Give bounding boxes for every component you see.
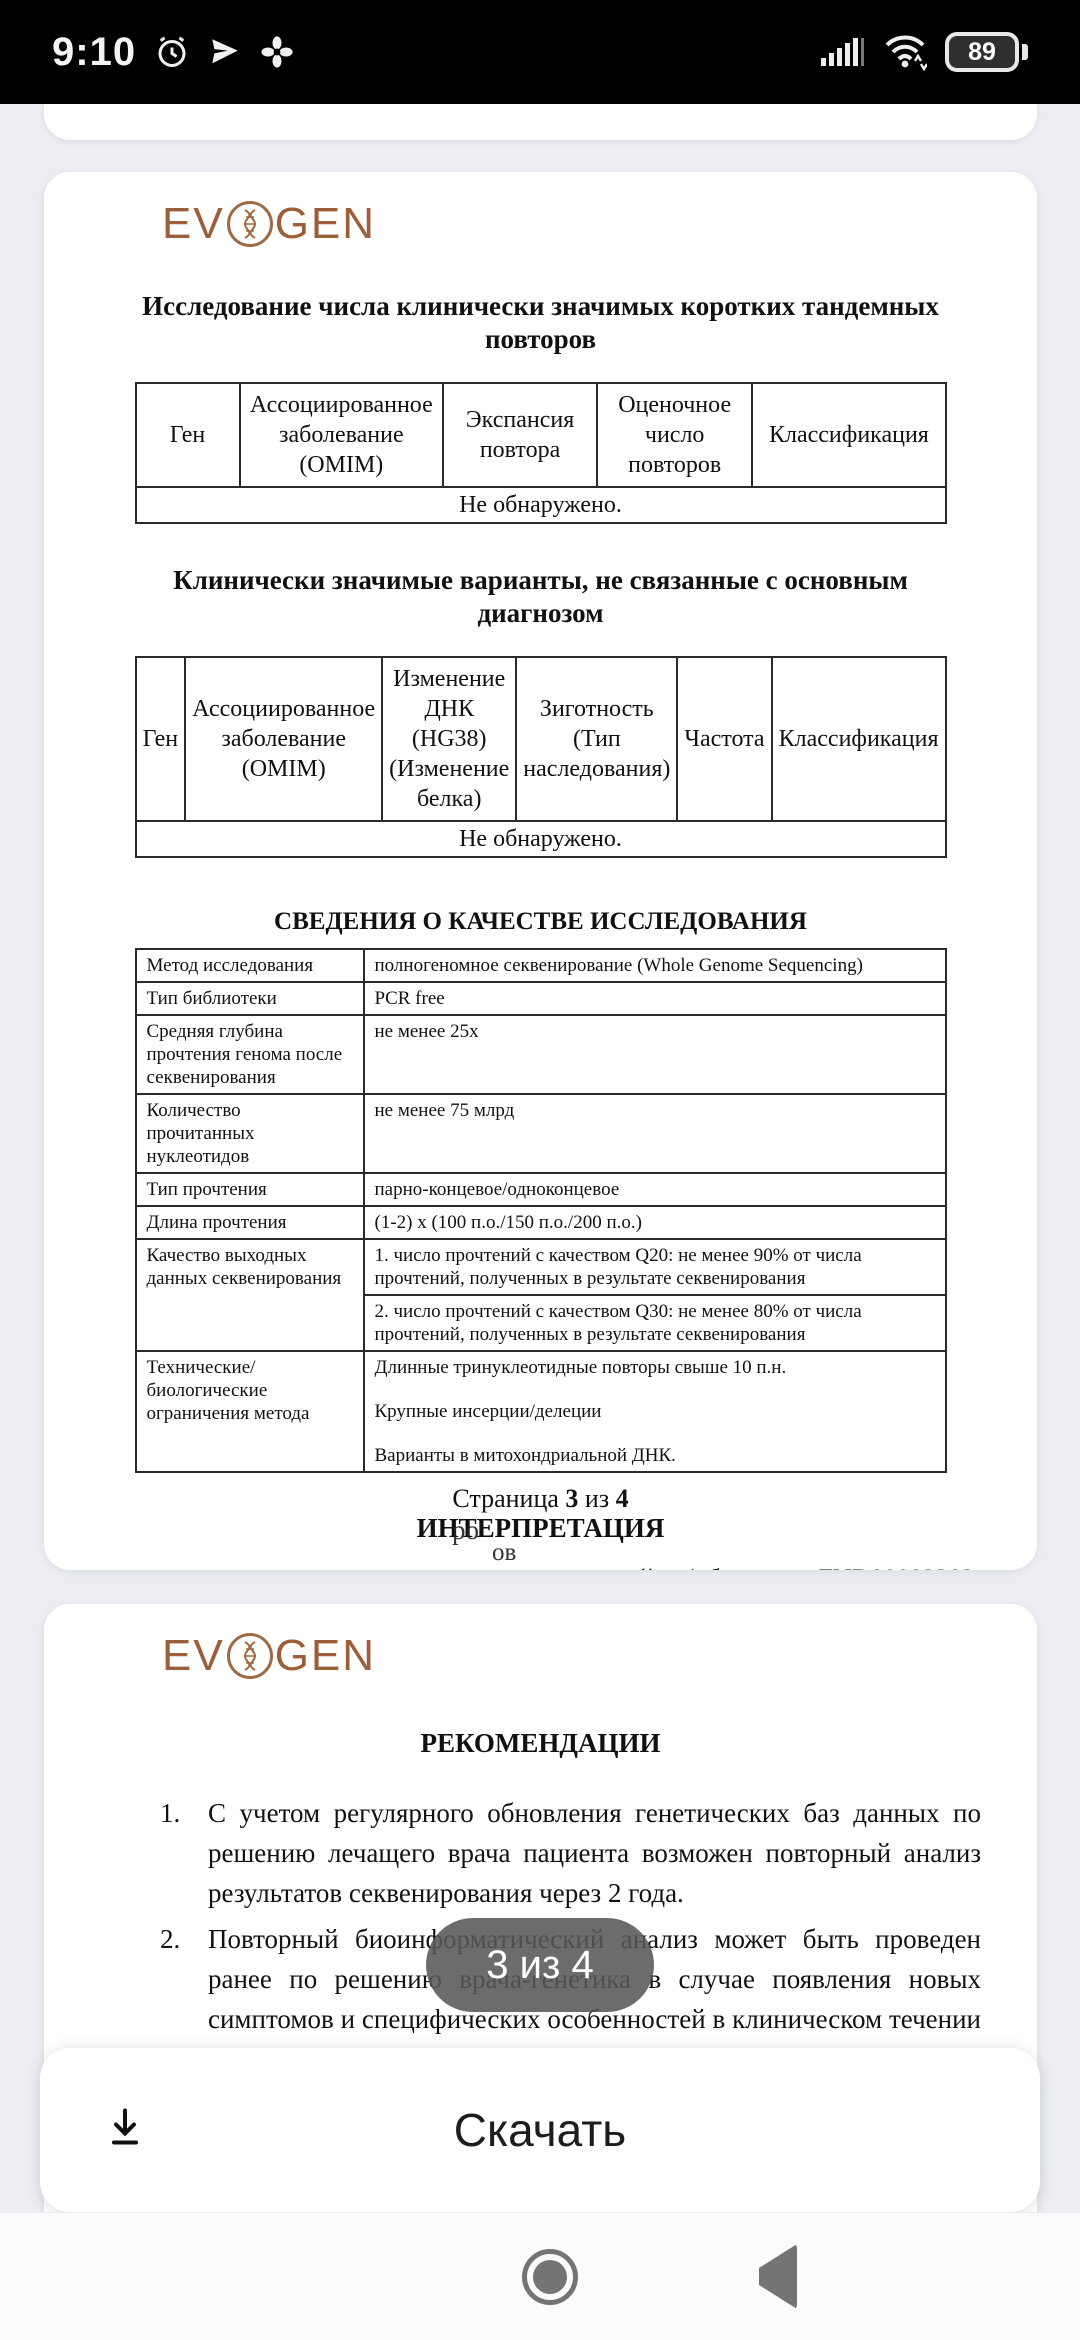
alarm-icon [154, 34, 190, 70]
quality-table: Метод исследования полногеномное секвени… [135, 948, 947, 1473]
home-button[interactable] [522, 2249, 578, 2305]
header-cell: Ген [136, 657, 186, 821]
table-row: Количество прочитанных нуклеотидов не ме… [136, 1094, 946, 1173]
table-header-row: Ген Ассоциированное заболевание (OMIM) Э… [136, 383, 946, 487]
battery-percent: 89 [968, 38, 996, 67]
download-label: Скачать [454, 2103, 627, 2157]
table-header-row: Ген Ассоциированное заболевание (OMIM) И… [136, 657, 946, 821]
header-cell: Ассоциированное заболевание (OMIM) [240, 383, 444, 487]
str-section-title: Исследование числа клинически значимых к… [111, 290, 971, 356]
header-cell: Ген [136, 383, 240, 487]
row-label: Тип библиотеки [136, 982, 364, 1015]
row-value: Длинные тринуклеотидные повторы свыше 10… [364, 1351, 946, 1472]
table-row: Тип прочтения парно-концевое/одноконцево… [136, 1173, 946, 1206]
document-page-3[interactable]: EV GEN Исследование числа клинически зна… [44, 172, 1037, 1570]
row-value: не менее 75 млрд [364, 1094, 946, 1173]
garbled-text-fragment: ро [452, 1515, 479, 1546]
table-row: Качество выходных данных секвенирования … [136, 1239, 946, 1295]
garbled-text-fragment: ов [492, 1539, 516, 1567]
limitation-item: Варианты в митохондриальной ДНК. [375, 1444, 935, 1467]
logo-text-right: GEN [275, 1631, 376, 1681]
previous-page-bottom-edge [44, 104, 1037, 140]
row-value: парно-концевое/одноконцевое [364, 1173, 946, 1206]
cellular-signal-icon [819, 34, 865, 70]
table-row: Метод исследования полногеномное секвени… [136, 949, 946, 982]
row-value: 1. число прочтений с качеством Q20: не м… [364, 1239, 946, 1295]
back-triangle-icon [759, 2244, 797, 2309]
evogen-logo: EV GEN [162, 198, 981, 250]
variants-table: Ген Ассоциированное заболевание (OMIM) И… [135, 656, 947, 858]
table-row: Средняя глубина прочтения генома после с… [136, 1015, 946, 1094]
table-row: Тип библиотеки PCR free [136, 982, 946, 1015]
footer-current-page: 3 [565, 1484, 578, 1513]
fan-icon [260, 35, 294, 69]
telegram-icon [208, 35, 242, 69]
row-label: Качество выходных данных секвенирования [136, 1239, 364, 1351]
list-item-number: 1. [160, 1793, 208, 1913]
table-row: Не обнаружено. [136, 821, 946, 857]
row-label: Средняя глубина прочтения генома после с… [136, 1015, 364, 1094]
header-cell: Изменение ДНК (HG38) (Изменение белка) [382, 657, 516, 821]
limitation-item: Длинные тринуклеотидные повторы свыше 10… [375, 1356, 935, 1379]
android-navigation-bar [0, 2212, 1080, 2340]
page-indicator-toast: 3 из 4 [426, 1918, 654, 2012]
evogen-logo: EV GEN [162, 1630, 981, 1682]
header-cell: Классификация [772, 657, 946, 821]
home-circle-icon [522, 2249, 578, 2305]
download-button[interactable]: Скачать [40, 2048, 1040, 2212]
variants-section-title: Клинически значимые варианты, не связанн… [111, 564, 971, 630]
row-label: Тип прочтения [136, 1173, 364, 1206]
page-number-footer: Страница 3 из 4 [44, 1484, 1037, 1514]
row-value: PCR free [364, 982, 946, 1015]
quality-section-title: СВЕДЕНИЯ О КАЧЕСТВЕ ИССЛЕДОВАНИЯ [100, 908, 981, 936]
header-cell: Частота [677, 657, 771, 821]
empty-result-cell: Не обнаружено. [136, 821, 946, 857]
row-value: полногеномное секвенирование (Whole Geno… [364, 949, 946, 982]
interpretation-title: ИНТЕРПРЕТАЦИЯ [100, 1513, 981, 1544]
header-cell: Оценочное число повторов [597, 383, 752, 487]
str-table: Ген Ассоциированное заболевание (OMIM) Э… [135, 382, 947, 524]
back-button[interactable] [759, 2268, 797, 2286]
row-label: Количество прочитанных нуклеотидов [136, 1094, 364, 1173]
download-icon [102, 2105, 148, 2156]
dna-helix-icon [227, 1633, 273, 1679]
row-label: Метод исследования [136, 949, 364, 982]
dna-helix-icon [227, 201, 273, 247]
row-label: Длина прочтения [136, 1206, 364, 1239]
row-label: Технические/биологические ограничения ме… [136, 1351, 364, 1472]
footer-separator: из [585, 1484, 609, 1513]
interpretation-paragraph: евны с учетом генотипов родителей (образ… [100, 1560, 981, 1570]
row-value: 2. число прочтений с качеством Q30: не м… [364, 1295, 946, 1351]
header-cell: Ассоциированное заболевание (OMIM) [185, 657, 382, 821]
row-value: (1-2) x (100 п.о./150 п.о./200 п.о.) [364, 1206, 946, 1239]
table-row: Не обнаружено. [136, 487, 946, 523]
footer-total-pages: 4 [616, 1484, 629, 1513]
logo-text-right: GEN [275, 199, 376, 249]
status-bar: 9:10 [0, 0, 1080, 104]
row-value: не менее 25x [364, 1015, 946, 1094]
list-item-text: С учетом регулярного обновления генетиче… [208, 1793, 981, 1913]
table-row: Длина прочтения (1-2) x (100 п.о./150 п.… [136, 1206, 946, 1239]
clock-time: 9:10 [52, 30, 136, 75]
battery-icon: 89 [945, 32, 1028, 72]
header-cell: Классификация [752, 383, 945, 487]
garbled-text-fragment: · σ [208, 1567, 232, 1570]
recommendations-title: РЕКОМЕНДАЦИИ [100, 1728, 981, 1759]
header-cell: Зиготность (Тип наследования) [516, 657, 677, 821]
limitation-item: Крупные инсерции/делеции [375, 1400, 935, 1423]
logo-text-left: EV [162, 1631, 225, 1681]
empty-result-cell: Не обнаружено. [136, 487, 946, 523]
interpretation-section: ИНТЕРПРЕТАЦИЯ ов ро · σ енотчетипов ов Н… [100, 1513, 981, 1570]
list-item: 1. С учетом регулярного обновления генет… [160, 1793, 981, 1913]
header-cell: Экспансия повтора [443, 383, 597, 487]
table-row: Технические/биологические ограничения ме… [136, 1351, 946, 1472]
wifi-icon [883, 33, 927, 71]
footer-prefix: Страница [452, 1484, 559, 1513]
logo-text-left: EV [162, 199, 225, 249]
